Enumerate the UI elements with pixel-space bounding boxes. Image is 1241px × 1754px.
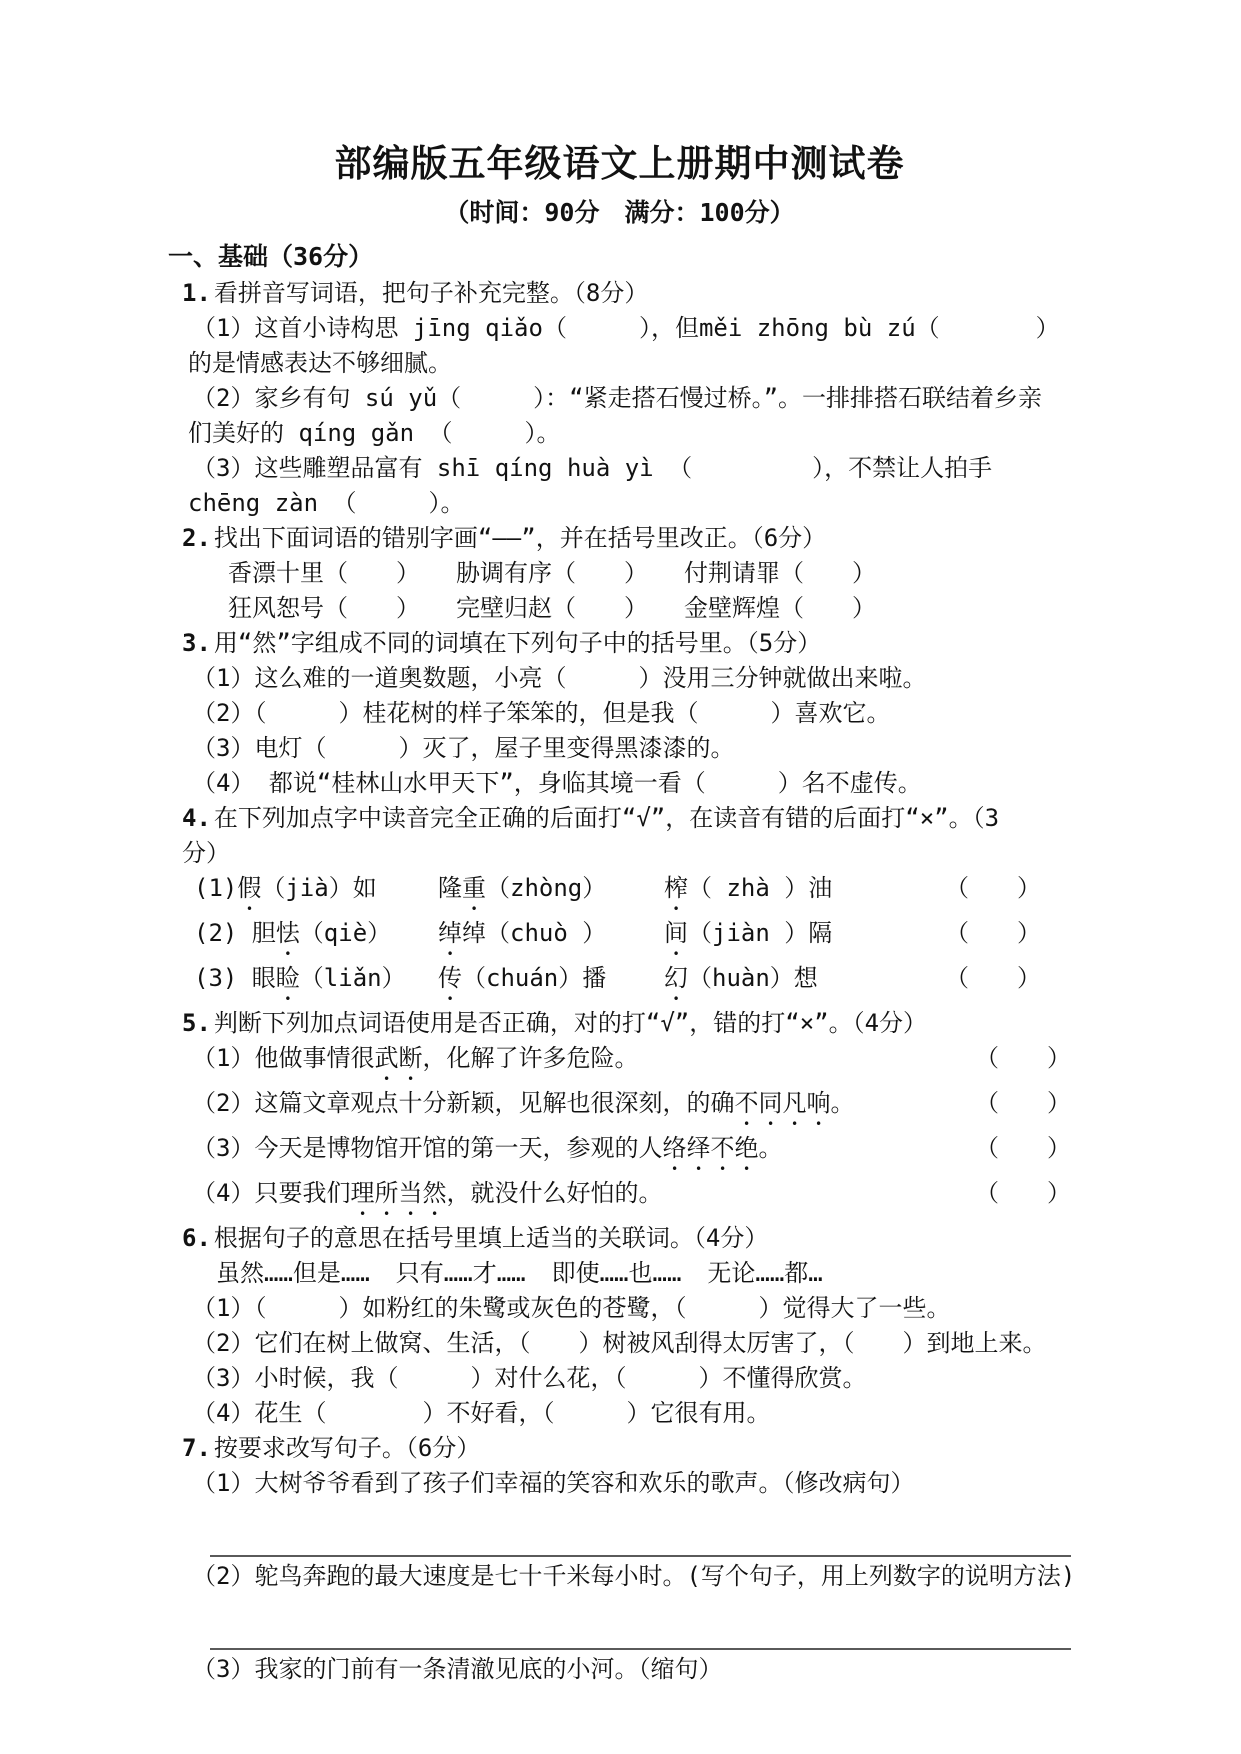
q7-number: 7. (182, 1434, 211, 1462)
emphasized-char: 睑 (276, 964, 300, 992)
q5-sentence: （2）这篇文章观点十分新颖，见解也很深刻，的确不同凡响。 (192, 1086, 854, 1131)
q2-stem-text: 找出下面词语的错别字画“——”，并在括号里改正。（6分） (214, 524, 826, 552)
q6-line-4: （4）花生（ ）不好看，（ ）它很有用。 (168, 1396, 1071, 1431)
q1-line-3: （2）家乡有句 sú yǔ（ ）：“紧走搭石慢过桥。”。一排排搭石联结着乡亲 (168, 381, 1071, 416)
answer-bracket: （ ） (975, 1086, 1071, 1121)
q7-line-3: （3）我家的门前有一条清澈见底的小河。（缩句） (168, 1652, 1071, 1687)
answer-bracket: （ ） (945, 871, 1041, 906)
answer-bracket: （ ） (945, 961, 1041, 996)
q4-number: 4. (182, 804, 211, 832)
q5-sentence: （1）他做事情很武断，化解了许多危险。 (192, 1041, 638, 1086)
q2-item: 狂风恕号（ ） (228, 591, 420, 626)
q4-word: 榨（ zhà ）油 (664, 871, 945, 916)
emphasized-char: 幻 (664, 964, 688, 992)
q3-line-2: （2）（ ）桂花树的样子笨笨的，但是我（ ）喜欢它。 (168, 696, 1071, 731)
emphasized-word: 不同凡响 (734, 1089, 830, 1117)
q3-line-1: （1）这么难的一道奥数题，小亮（ ）没用三分钟就做出来啦。 (168, 661, 1071, 696)
answer-line (210, 1521, 1071, 1557)
q5-stem-text: 判断下列加点词语使用是否正确，对的打“√”，错的打“×”。（4分） (214, 1009, 927, 1037)
q3-line-3: （3）电灯（ ）灭了，屋子里变得黑漆漆的。 (168, 731, 1071, 766)
q6-number: 6. (182, 1224, 211, 1252)
emphasized-char: 绰 (438, 919, 462, 947)
conjunction-option: 虽然……但是…… (216, 1256, 370, 1291)
answer-line (210, 1614, 1071, 1650)
q1-line-1: （1）这首小诗构思 jīng qiǎo（ ），但měi zhōng bù zú（… (168, 311, 1071, 346)
conjunction-option: 即使……也…… (552, 1256, 682, 1291)
q7-line-2: （2）鸵鸟奔跑的最大速度是七十千米每小时。(写个句子，用上列数字的说明方法) (168, 1559, 1071, 1594)
answer-bracket: （ ） (945, 916, 1041, 951)
q2-row-1: 香漂十里（ ） 胁调有序（ ） 付荆请罪（ ） (168, 556, 1071, 591)
q4-row-1: (1)假（jià）如 隆重（zhòng） 榨（ zhà ）油 （ ） (168, 871, 1071, 916)
q5-stem: 5.判断下列加点词语使用是否正确，对的打“√”，错的打“×”。（4分） (168, 1006, 1071, 1041)
q4-stem-wrap: 分） (168, 836, 1071, 871)
q4-word: 幻（huàn）想 (664, 961, 945, 1006)
q4-word: 绰绰（chuò ） (438, 916, 664, 961)
q2-item: 金壁辉煌（ ） (684, 591, 876, 626)
answer-bracket: （ ） (975, 1131, 1071, 1166)
q6-conjunction-bank: 虽然……但是…… 只有……才…… 即使……也…… 无论……都… (168, 1256, 1071, 1291)
q7-stem-text: 按要求改写句子。（6分） (214, 1434, 480, 1462)
q1-line-5: （3）这些雕塑品富有 shī qíng huà yì （ ），不禁让人拍手 (168, 451, 1071, 486)
q4-word: (3) 眼睑（liǎn） (194, 961, 438, 1006)
q5-sentence: （4）只要我们理所当然，就没什么好怕的。 (192, 1176, 662, 1221)
q1-number: 1. (182, 279, 211, 307)
q2-item: 完壁归赵（ ） (456, 591, 648, 626)
emphasized-char: 间 (664, 919, 688, 947)
answer-bracket: （ ） (975, 1041, 1071, 1076)
q2-number: 2. (182, 524, 211, 552)
answer-bracket: （ ） (975, 1176, 1071, 1211)
emphasized-word: 武断 (374, 1044, 422, 1072)
section-heading: 一、基础（36分） (168, 238, 1071, 276)
q4-stem: 4.在下列加点字中读音完全正确的后面打“√”，在读音有错的后面打“×”。（3 (168, 801, 1071, 836)
q1-stem-text: 看拼音写词语，把句子补充完整。（8分） (214, 279, 648, 307)
q3-line-4: （4） 都说“桂林山水甲天下”，身临其境一看（ ）名不虚传。 (168, 766, 1071, 801)
q6-stem-text: 根据句子的意思在括号里填上适当的关联词。（4分） (214, 1224, 768, 1252)
q6-line-2: （2）它们在树上做窝、生活，（ ）树被风刮得太厉害了，（ ）到地上来。 (168, 1326, 1071, 1361)
q5-row-2: （2）这篇文章观点十分新颖，见解也很深刻，的确不同凡响。 （ ） (168, 1086, 1071, 1131)
q1-line-4: 们美好的 qíng gǎn （ ）。 (168, 416, 1071, 451)
q1-stem: 1.看拼音写词语，把句子补充完整。（8分） (168, 276, 1071, 311)
emphasized-char: 传 (438, 964, 462, 992)
test-paper-page: 部编版五年级语文上册期中测试卷 （时间：90分 满分：100分） 一、基础（36… (0, 0, 1241, 1754)
q4-word: (2) 胆怯（qiè） (194, 916, 438, 961)
conjunction-option: 只有……才…… (396, 1256, 526, 1291)
q2-row-2: 狂风恕号（ ） 完壁归赵（ ） 金壁辉煌（ ） (168, 591, 1071, 626)
emphasized-char: 假 (237, 874, 261, 902)
q6-stem: 6.根据句子的意思在括号里填上适当的关联词。（4分） (168, 1221, 1071, 1256)
q7-line-1: （1）大树爷爷看到了孩子们幸福的笑容和欢乐的歌声。（修改病句） (168, 1466, 1071, 1501)
q4-row-2: (2) 胆怯（qiè） 绰绰（chuò ） 间（jiàn ）隔 （ ） (168, 916, 1071, 961)
q5-sentence: （3）今天是博物馆开馆的第一天，参观的人络绎不绝。 (192, 1131, 782, 1176)
q3-stem: 3.用“然”字组成不同的词填在下列句子中的括号里。（5分） (168, 626, 1071, 661)
q2-item: 付荆请罪（ ） (684, 556, 876, 591)
emphasized-char: 重 (462, 874, 486, 902)
q2-item: 胁调有序（ ） (456, 556, 648, 591)
emphasized-char: 榨 (664, 874, 688, 902)
q4-word: 隆重（zhòng） (438, 871, 664, 916)
q3-stem-text: 用“然”字组成不同的词填在下列句子中的括号里。（5分） (214, 629, 821, 657)
q4-stem-text: 在下列加点字中读音完全正确的后面打“√”，在读音有错的后面打“×”。（3 (214, 804, 999, 832)
q5-row-3: （3）今天是博物馆开馆的第一天，参观的人络绎不绝。 （ ） (168, 1131, 1071, 1176)
q2-item: 香漂十里（ ） (228, 556, 420, 591)
q4-word: 间（jiàn ）隔 (664, 916, 945, 961)
q5-number: 5. (182, 1009, 211, 1037)
emphasized-char: 怯 (276, 919, 300, 947)
page-title: 部编版五年级语文上册期中测试卷 (168, 142, 1071, 186)
emphasized-word: 理所当然 (350, 1179, 446, 1207)
q4-row-3: (3) 眼睑（liǎn） 传（chuán）播 幻（huàn）想 （ ） (168, 961, 1071, 1006)
q3-number: 3. (182, 629, 211, 657)
q1-line-6: chēng zàn （ ）。 (168, 486, 1071, 521)
q2-stem: 2.找出下面词语的错别字画“——”，并在括号里改正。（6分） (168, 521, 1071, 556)
q5-row-4: （4）只要我们理所当然，就没什么好怕的。 （ ） (168, 1176, 1071, 1221)
q4-word: 传（chuán）播 (438, 961, 664, 1006)
q6-line-3: （3）小时候，我（ ）对什么花，（ ）不懂得欣赏。 (168, 1361, 1071, 1396)
conjunction-option: 无论……都… (707, 1256, 822, 1291)
emphasized-word: 络绎不绝 (662, 1134, 758, 1162)
q1-line-2: 的是情感表达不够细腻。 (168, 346, 1071, 381)
q4-word: (1)假（jià）如 (194, 871, 438, 916)
page-subtitle: （时间：90分 满分：100分） (168, 196, 1071, 230)
q5-row-1: （1）他做事情很武断，化解了许多危险。 （ ） (168, 1041, 1071, 1086)
q7-stem: 7.按要求改写句子。（6分） (168, 1431, 1071, 1466)
q6-line-1: （1）（ ）如粉红的朱鹭或灰色的苍鹭，（ ）觉得大了一些。 (168, 1291, 1071, 1326)
